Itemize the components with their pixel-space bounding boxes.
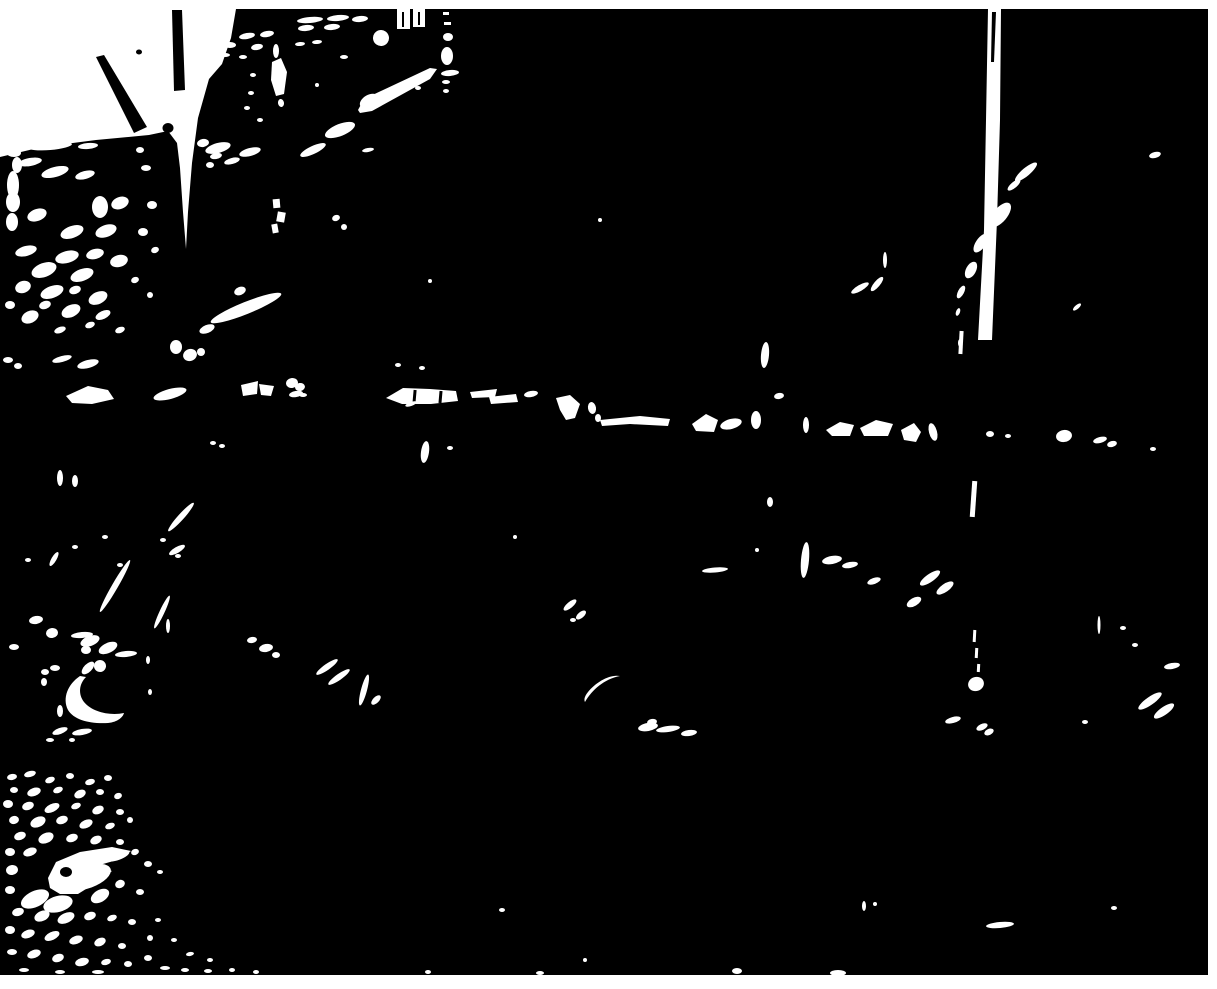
- highlight-shape: [197, 348, 205, 356]
- highlight-shape: [755, 548, 759, 552]
- highlight-shape: [253, 970, 259, 974]
- highlight-shape: [958, 339, 962, 347]
- highlight-shape: [171, 938, 177, 942]
- highlight-shape: [57, 470, 63, 486]
- highlight-shape: [1132, 643, 1138, 647]
- dark-occluder-shape: [163, 123, 174, 133]
- highlight-shape: [975, 648, 979, 658]
- highlight-shape: [7, 149, 21, 157]
- highlight-shape: [41, 678, 47, 686]
- highlight-shape: [598, 218, 602, 222]
- highlight-shape: [136, 889, 144, 895]
- highlight-shape: [66, 773, 74, 779]
- highlight-shape: [141, 165, 151, 171]
- highlight-shape: [207, 958, 213, 962]
- highlight-shape: [124, 961, 132, 967]
- highlight-shape: [447, 446, 453, 450]
- highlight-shape: [25, 558, 31, 562]
- highlight-shape: [50, 665, 60, 671]
- highlight-shape: [10, 787, 18, 793]
- highlight-shape: [1082, 720, 1088, 724]
- highlight-shape: [873, 902, 877, 906]
- highlight-shape: [1005, 434, 1011, 438]
- highlight-shape: [170, 340, 182, 354]
- dark-occluder-shape: [136, 50, 142, 55]
- highlight-shape: [340, 55, 348, 59]
- highlight-shape: [751, 411, 761, 429]
- highlight-shape: [444, 22, 451, 25]
- highlight-shape: [5, 886, 15, 894]
- highlight-shape: [72, 545, 78, 549]
- highlight-shape: [986, 431, 994, 437]
- highlight-shape: [973, 630, 977, 642]
- highlight-shape: [862, 901, 866, 911]
- highlight-shape: [7, 949, 17, 955]
- highlight-shape: [148, 689, 152, 695]
- highlight-shape: [57, 705, 63, 717]
- highlight-shape: [229, 968, 235, 972]
- highlight-shape: [428, 279, 432, 283]
- highlight-shape: [136, 147, 144, 153]
- highlight-shape: [157, 870, 163, 874]
- dark-occluder-shape: [60, 867, 72, 877]
- highlight-shape: [570, 618, 576, 622]
- highlight-shape: [441, 47, 453, 65]
- highlight-shape: [102, 535, 108, 539]
- highlight-shape: [595, 414, 601, 422]
- highlight-shape: [210, 441, 216, 445]
- highlight-shape: [9, 644, 19, 650]
- highlight-shape: [46, 738, 54, 742]
- highlight-shape: [425, 970, 431, 974]
- highlight-shape: [219, 444, 225, 448]
- highlight-shape: [147, 935, 153, 941]
- highlight-shape: [220, 53, 230, 57]
- highlight-shape: [250, 73, 256, 77]
- highlight-shape: [181, 968, 189, 972]
- highlight-shape: [5, 848, 15, 856]
- highlight-shape: [92, 196, 108, 218]
- highlight-shape: [315, 83, 319, 87]
- highlight-shape: [19, 968, 29, 972]
- highlight-shape: [41, 669, 49, 675]
- highlight-shape: [273, 44, 279, 58]
- highlight-shape: [272, 652, 280, 658]
- highlight-shape: [443, 12, 449, 15]
- highlight-shape: [443, 33, 453, 41]
- highlight-shape: [1111, 906, 1117, 910]
- binarized-photo: [0, 0, 1217, 989]
- highlight-shape: [273, 199, 281, 209]
- highlight-shape: [803, 417, 809, 433]
- highlight-shape: [81, 646, 91, 654]
- highlight-shape: [3, 357, 13, 363]
- highlight-shape: [583, 958, 587, 962]
- dark-occluder-shape: [402, 12, 404, 27]
- dark-occluder-shape: [418, 12, 420, 25]
- highlight-shape: [55, 970, 65, 974]
- highlight-shape: [116, 809, 124, 815]
- highlight-shape: [92, 970, 104, 974]
- highlight-shape: [138, 228, 148, 236]
- figure: [0, 0, 1217, 989]
- highlight-shape: [166, 619, 170, 633]
- highlight-shape: [104, 775, 112, 781]
- highlight-shape: [341, 224, 347, 230]
- highlight-shape: [175, 554, 181, 558]
- highlight-shape: [69, 738, 75, 742]
- highlight-shape: [6, 192, 20, 212]
- highlight-shape: [206, 162, 214, 168]
- highlight-shape: [118, 943, 126, 949]
- highlight-shape: [128, 919, 136, 925]
- highlight-shape: [248, 91, 254, 95]
- highlight-shape: [5, 926, 15, 934]
- highlight-shape: [442, 80, 450, 84]
- highlight-shape: [830, 970, 846, 976]
- highlight-shape: [513, 535, 517, 539]
- highlight-shape: [1098, 616, 1101, 634]
- highlight-shape: [395, 363, 401, 367]
- highlight-shape: [117, 563, 123, 567]
- highlight-shape: [1120, 626, 1126, 630]
- highlight-shape: [155, 918, 161, 922]
- highlight-shape: [5, 301, 15, 309]
- highlight-shape: [204, 969, 212, 973]
- highlight-shape: [239, 55, 247, 59]
- highlight-shape: [977, 664, 980, 672]
- highlight-shape: [146, 656, 150, 664]
- highlight-shape: [415, 86, 421, 90]
- highlight-shape: [12, 157, 22, 173]
- highlight-shape: [732, 968, 742, 974]
- highlight-shape: [147, 201, 157, 209]
- page: [0, 0, 1217, 989]
- highlight-shape: [536, 971, 544, 975]
- highlight-shape: [144, 955, 152, 961]
- highlight-shape: [160, 966, 170, 970]
- highlight-shape: [299, 393, 307, 397]
- highlight-shape: [96, 789, 104, 795]
- highlight-shape: [499, 908, 505, 912]
- highlight-shape: [3, 800, 13, 808]
- highlight-shape: [116, 839, 124, 845]
- highlight-shape: [1150, 447, 1156, 451]
- highlight-shape: [147, 292, 153, 298]
- highlight-shape: [144, 861, 152, 867]
- highlight-shape: [276, 211, 286, 222]
- highlight-shape: [72, 475, 78, 487]
- highlight-shape: [14, 363, 22, 369]
- highlight-shape: [443, 89, 449, 93]
- highlight-shape: [6, 213, 18, 231]
- highlight-shape: [127, 817, 133, 823]
- highlight-shape: [224, 42, 236, 48]
- highlight-shape: [883, 252, 887, 268]
- highlight-shape: [419, 366, 425, 370]
- highlight-shape: [257, 118, 263, 122]
- highlight-shape: [244, 106, 250, 110]
- highlight-shape: [767, 497, 773, 507]
- highlight-shape: [160, 538, 166, 542]
